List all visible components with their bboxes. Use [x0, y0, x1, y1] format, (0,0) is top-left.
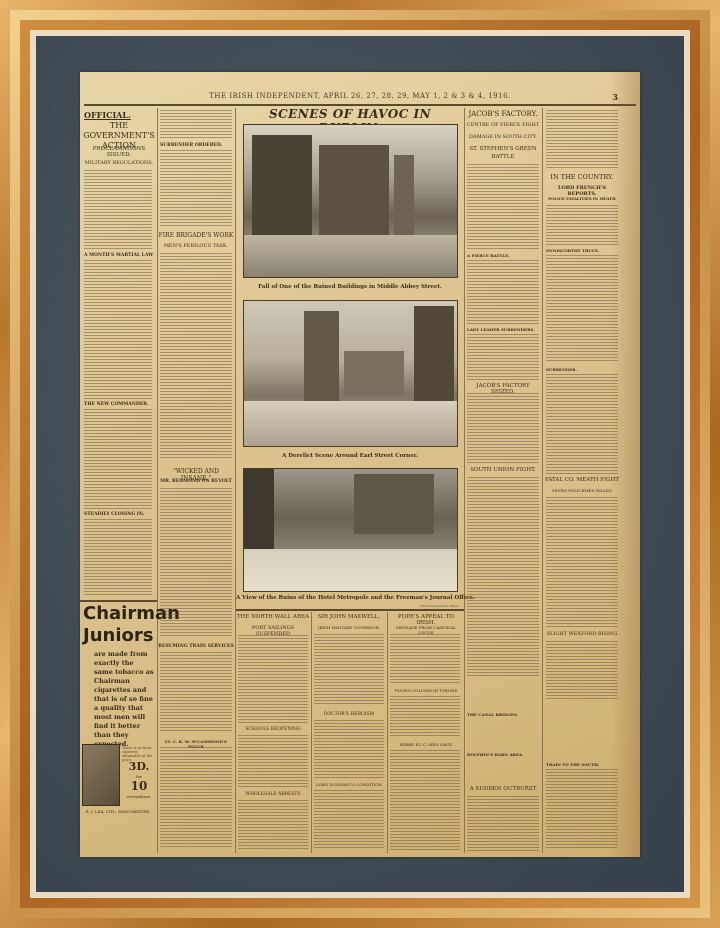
jacobs-factory-headline: JACOB'S FACTORY.	[465, 110, 541, 118]
maxwell-headline: SIR JOHN MAXWELL,	[312, 614, 386, 620]
in-the-country-headline: IN THE COUNTRY.	[543, 173, 621, 181]
article-text	[238, 635, 308, 723]
article-text	[160, 150, 232, 226]
ad-maker: R. J. LEA, LTD., MANCHESTER.	[82, 809, 154, 814]
section-head: STEADILY CLOSING IN.	[84, 512, 154, 517]
article-text	[390, 634, 460, 684]
redmond-subhead: MR. REDMOND ON REVOLT	[158, 479, 234, 484]
article-text	[546, 497, 618, 627]
cigarette-pack-image	[82, 744, 120, 806]
ad-rule	[80, 600, 157, 602]
section-head: A MONTH'S MARTIAL LAW	[84, 253, 154, 258]
ad-body-text: are made from exactly the same tobacco a…	[94, 650, 154, 749]
military-governor-subhead: IRISH MILITARY GOVERNOR.	[312, 625, 386, 630]
article-text	[467, 334, 539, 380]
article-text	[314, 634, 384, 704]
section-head: DOLPHIN'S BARN AREA.	[467, 752, 539, 757]
ad-everywhere: everywhere.	[124, 794, 154, 799]
photo-hotel-metropole	[243, 468, 458, 592]
article-text	[390, 750, 460, 850]
kerry-ric-head: KERRY R.I.C. MEN SHOT	[388, 742, 464, 747]
schools-reopening-head: SCHOOLS REOPENING	[236, 727, 310, 732]
newspaper-page: THE IRISH INDEPENDENT, APRIL 26, 27, 28,…	[80, 72, 640, 857]
picture-frame: THE IRISH INDEPENDENT, APRIL 26, 27, 28,…	[0, 0, 720, 928]
article-text	[467, 260, 539, 324]
article-text	[314, 720, 384, 778]
ad-brand-line2: Juniors	[83, 625, 153, 646]
article-text	[546, 255, 618, 363]
north-wall-headline: THE NORTH WALL AREA	[236, 614, 310, 620]
military-regulations-subhead: MILITARY REGULATIONS.	[82, 160, 156, 166]
dunsany-head: LORD DUNSANY'S CONDITION	[312, 782, 386, 787]
article-text	[314, 790, 384, 850]
fire-brigade-headline: FIRE BRIGADE'S WORK	[158, 232, 234, 239]
flying-column-head: FLYING COLUMN IN TYRONE	[388, 688, 464, 693]
article-text	[546, 205, 618, 245]
article-text	[238, 735, 308, 787]
wexford-rising-headline: SLIGHT WEXFORD RISING	[543, 631, 621, 637]
ad-quantity: 10	[124, 779, 154, 793]
article-text	[546, 641, 618, 701]
photo-caption-1: Fall of One of the Ruined Buildings in M…	[236, 284, 464, 290]
train-services-headline: RESUMING TRAIN SERVICES	[158, 644, 234, 649]
damage-south-city-subhead: DAMAGE IN SOUTH CITY.	[465, 134, 541, 140]
section-head: SURRENDER.	[546, 367, 618, 372]
article-text	[160, 747, 232, 847]
article-text	[467, 796, 539, 851]
masthead-rule	[84, 104, 636, 106]
south-union-headline: SOUTH UNION FIGHT.	[465, 467, 541, 473]
official-kicker: OFFICIAL.	[84, 110, 154, 120]
section-head: TRAIN TO THE SOUTH.	[546, 762, 618, 767]
article-text	[84, 409, 152, 509]
article-text	[84, 260, 152, 400]
photo-caption-2: A Derelict Scene Around Earl Street Corn…	[236, 453, 464, 459]
article-text	[390, 696, 460, 736]
article-text	[160, 488, 232, 638]
police-fatalities-subhead: POLICE FATALITIES IN MEATH	[543, 196, 621, 201]
article-text	[160, 652, 232, 732]
section-head: ENNISCORTHY TRUCE.	[546, 248, 618, 253]
section-head: THE CANAL BRIDGES.	[467, 712, 539, 717]
photo-earl-street	[243, 300, 458, 447]
sudden-outburst-headline: A SUDDEN OUTBURST	[465, 786, 541, 792]
photo-caption-3: A View of the Ruins of the Hotel Metropo…	[236, 595, 464, 601]
article-text	[84, 170, 152, 250]
article-text	[546, 110, 618, 170]
article-text	[467, 393, 539, 463]
article-text	[84, 519, 152, 597]
photo-abbey-street	[243, 124, 458, 278]
article-text	[160, 110, 232, 140]
meath-fight-headline: FATAL CO. MEATH FIGHT	[543, 477, 621, 483]
stephens-green-subhead: ST. STEPHEN'S GREEN BATTLE	[465, 145, 541, 161]
wholesale-arrests-head: WHOLESALE ARRESTS	[236, 792, 310, 797]
article-text	[160, 253, 232, 458]
section-head: LADY LEADER SURRENDERS.	[467, 327, 539, 332]
page-number: 3	[612, 92, 618, 102]
proclamations-subhead: PROCLAMATIONS ISSUED.	[82, 146, 156, 158]
perilous-task-subhead: MEN'S PERILOUS TASK.	[158, 243, 234, 249]
section-head: THE NEW COMMANDER.	[84, 402, 154, 407]
article-text	[546, 769, 618, 849]
ad-price: 3D.	[124, 760, 154, 773]
article-text	[467, 164, 539, 250]
seven-policemen-subhead: SEVEN POLICEMEN KILLED	[543, 488, 621, 493]
doctors-heroism-head: DOCTOR'S HEROISM	[312, 712, 386, 717]
article-text	[467, 477, 539, 677]
article-text	[546, 374, 618, 474]
section-head: SURRENDER ORDERED.	[160, 143, 232, 148]
photo-block-rule	[236, 609, 464, 611]
article-text	[238, 800, 308, 850]
fierce-fight-subhead: CENTRE OF FIERCE FIGHT	[465, 122, 541, 128]
section-head: A FIERCE BATTLE.	[467, 253, 539, 258]
